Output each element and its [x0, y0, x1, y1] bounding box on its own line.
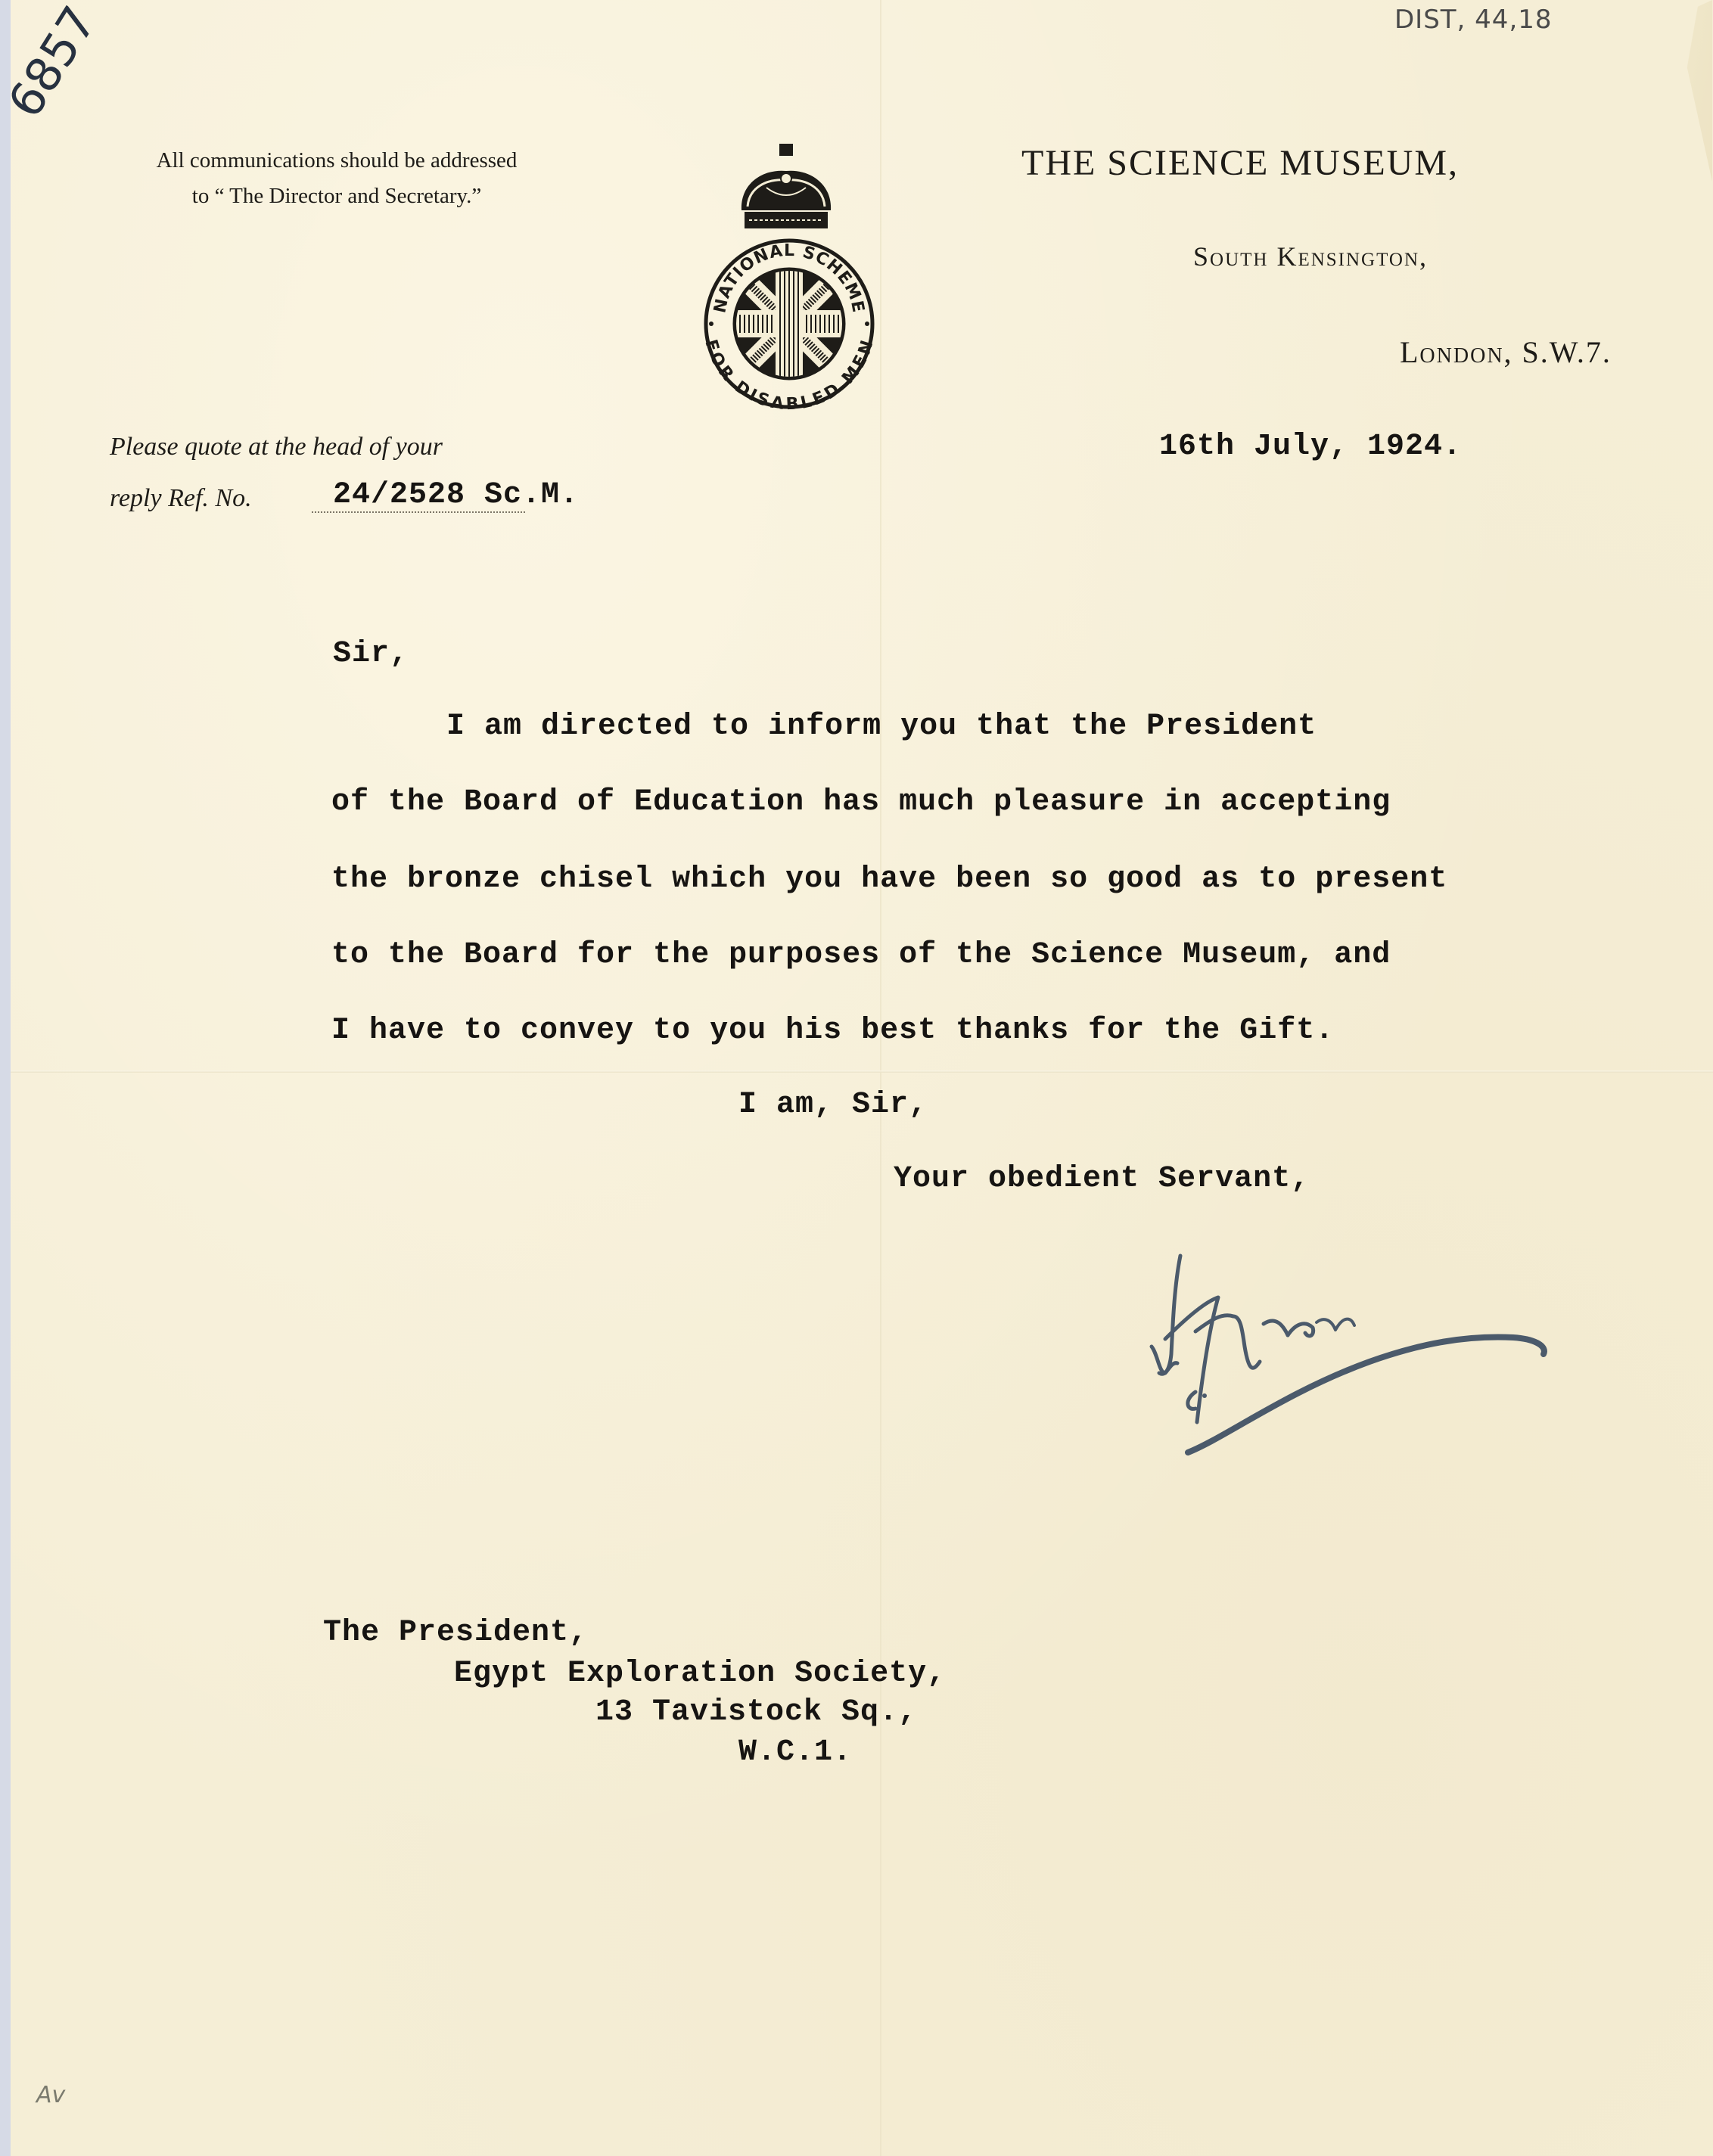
crown-union-jack-badge-icon: NATIONAL SCHEME FOR DISABLED MEN	[695, 142, 884, 415]
recipient-line: W.C.1.	[738, 1735, 852, 1769]
body-line: to the Board for the purposes of the Sci…	[331, 938, 1391, 972]
communications-notice-line1: All communications should be addressed	[95, 148, 579, 173]
pencil-mark-annotation: Av	[36, 2082, 65, 2108]
recipient-line: The President,	[323, 1616, 588, 1650]
institution-name: THE SCIENCE MUSEUM,	[1021, 142, 1459, 184]
quote-instruction-line1: Please quote at the head of your	[110, 433, 443, 461]
salutation: Sir,	[333, 637, 409, 671]
body-line: of the Board of Education has much pleas…	[331, 785, 1391, 819]
reference-number: 24/2528 Sc.M.	[333, 478, 579, 512]
body-line: the bronze chisel which you have been so…	[331, 862, 1447, 896]
recipient-line: Egypt Exploration Society,	[454, 1657, 946, 1691]
institution-city: London, S.W.7.	[1400, 334, 1612, 370]
recipient-line: 13 Tavistock Sq.,	[595, 1695, 917, 1729]
closing-line2: Your obedient Servant,	[894, 1162, 1310, 1196]
institution-street: South Kensington,	[1193, 241, 1428, 272]
communications-notice-line2: to “ The Director and Secretary.”	[95, 184, 579, 209]
body-line: I am directed to inform you that the Pre…	[446, 710, 1317, 744]
handwritten-signature	[1120, 1241, 1559, 1468]
closing-line1: I am, Sir,	[738, 1088, 928, 1122]
letter-date: 16th July, 1924.	[1159, 430, 1462, 464]
horizontal-fold-crease	[11, 1070, 1713, 1073]
body-line: I have to convey to you his best thanks …	[331, 1014, 1334, 1048]
quote-instruction-line2: reply Ref. No.	[110, 484, 252, 513]
distribution-ref-annotation: DIST, 44,18	[1394, 5, 1553, 35]
